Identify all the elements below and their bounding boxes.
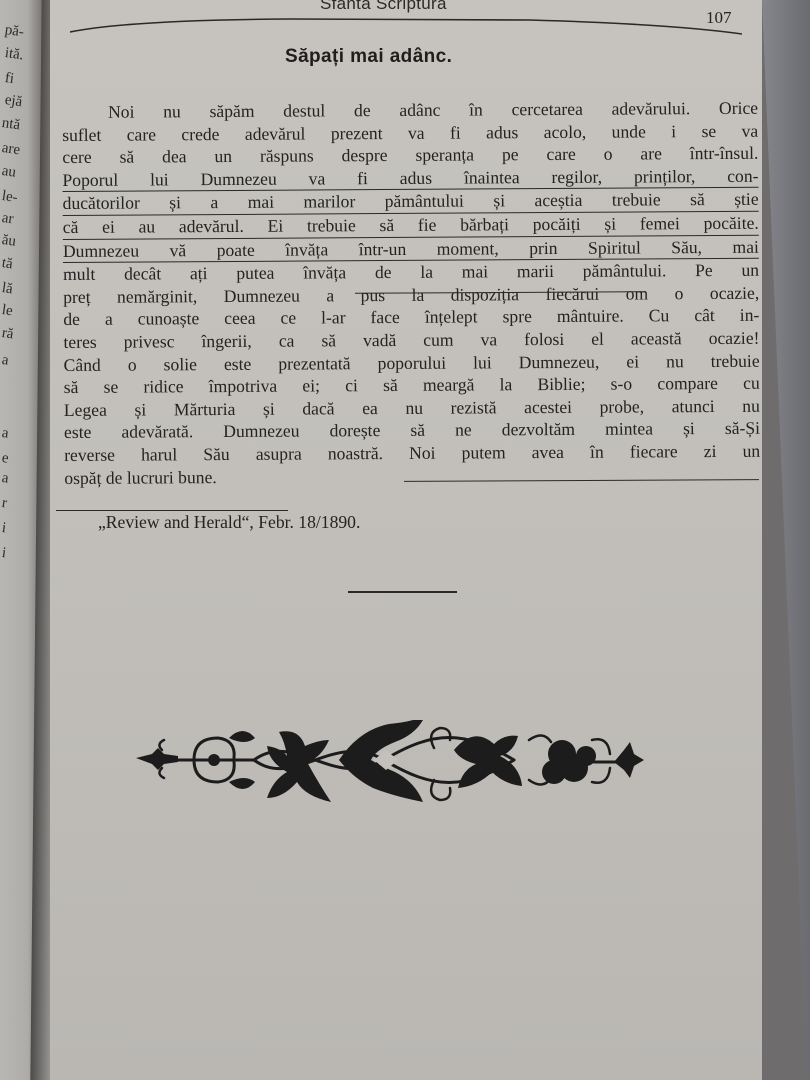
facing-page-text-fragment: r: [1, 495, 8, 513]
facing-page-text-fragment: a: [1, 352, 10, 370]
facing-page-text-fragment: e: [1, 450, 10, 468]
page-number: 107: [706, 8, 732, 28]
source-citation: „Review and Herald“, Febr. 18/1890.: [98, 512, 360, 533]
facing-page-text-fragment: ră: [1, 325, 15, 343]
floral-ornament-icon: [134, 720, 646, 816]
facing-page-text-fragment: ită.: [4, 45, 25, 64]
facing-page-text-fragment: ar: [1, 210, 15, 228]
running-head: Sfânta Scriptură: [320, 0, 447, 14]
facing-page-text-fragment: pă-: [4, 22, 25, 42]
header-rule: [70, 14, 742, 36]
facing-page-text-fragment: ntă: [1, 115, 22, 134]
text-line: ospăț de lucruri bune.: [64, 462, 760, 489]
facing-page-text-fragment: a: [1, 425, 10, 443]
separator-rule: [348, 591, 457, 593]
facing-page-text-fragment: le-: [1, 188, 19, 207]
facing-page-text-fragment: i: [1, 545, 7, 562]
facing-page-text-fragment: a: [1, 470, 10, 488]
facing-page-text-fragment: fi: [4, 70, 15, 88]
text-line: reverse harul Său asupra noastră. Noi pu…: [64, 440, 760, 467]
facing-page-text-fragment: le: [1, 302, 14, 320]
article-title: Săpați mai adânc.: [285, 46, 452, 68]
facing-page-text-fragment: are: [1, 140, 22, 159]
facing-page-text-fragment: tă: [1, 255, 14, 273]
facing-page-text-fragment: au: [1, 163, 17, 182]
facing-page-text-fragment: ău: [1, 232, 17, 251]
facing-page-text-fragment: ejă: [4, 92, 24, 111]
facing-page-text-fragment: i: [1, 520, 7, 537]
facing-page-text-fragment: lă: [1, 280, 14, 298]
